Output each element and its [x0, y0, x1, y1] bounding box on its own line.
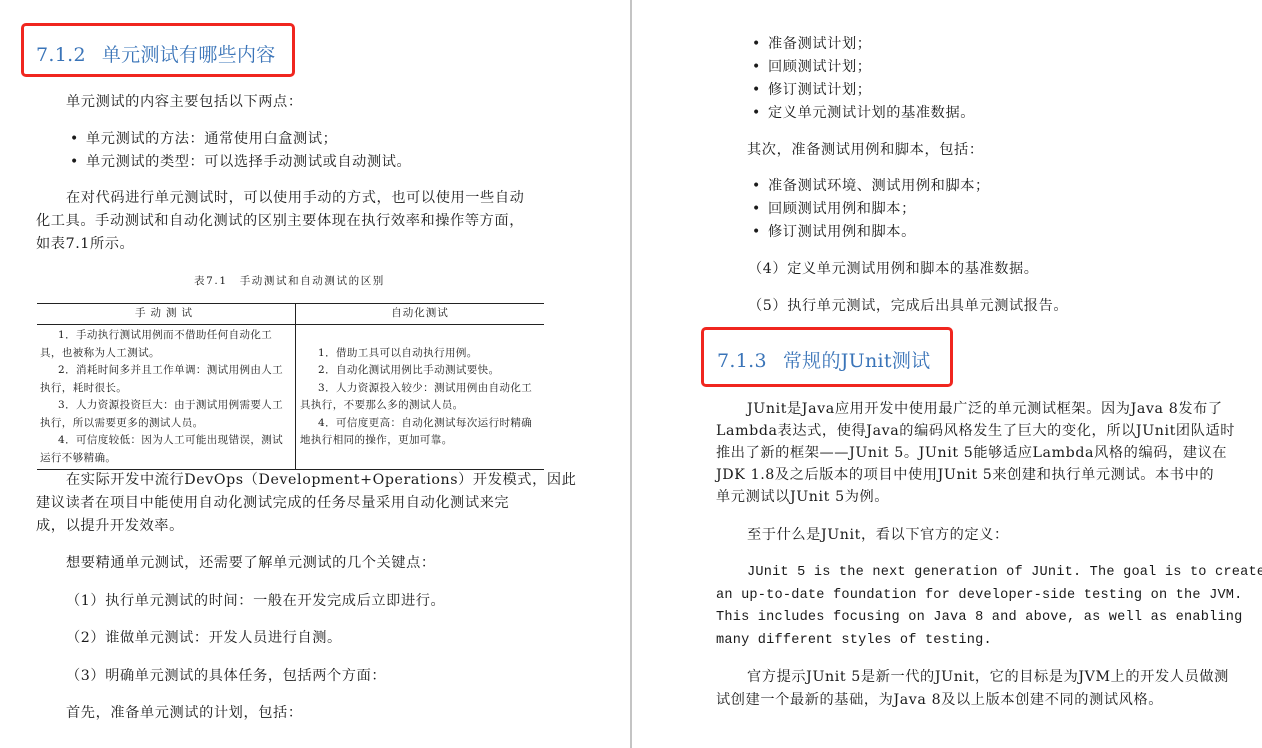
- key-point-1: （1）执行单元测试的时间：一般在开发完成后立即进行。: [66, 590, 445, 613]
- quote-line: JUnit 5 is the next generation of JUnit.…: [747, 561, 1262, 584]
- bullet-item: 定义单元测试计划的基准数据。: [750, 102, 975, 125]
- right-page: 准备测试计划； 回顾测试计划； 修订测试计划； 定义单元测试计划的基准数据。 其…: [632, 0, 1262, 748]
- cases-intro: 其次，准备测试用例和脚本，包括：: [747, 139, 984, 162]
- bullet-item: 修订测试计划；: [750, 79, 975, 102]
- paragraph-line: 推出了新的框架——JUnit 5。JUnit 5能够适应Lambda风格的编码，…: [716, 442, 1227, 465]
- plan-bullet-list: 准备测试计划； 回顾测试计划； 修订测试计划； 定义单元测试计划的基准数据。: [750, 33, 975, 125]
- bullet-item: 准备测试计划；: [750, 33, 975, 56]
- comparison-table: 手动测试 自动化测试 1．手动执行测试用例而不借助任何自动化工具，也被称为人工测…: [37, 303, 544, 470]
- definition-intro: 至于什么是JUnit，看以下官方的定义：: [747, 524, 1009, 547]
- paragraph-line: 试创建一个最新的基础，为Java 8及以上版本创建不同的测试风格。: [716, 689, 1163, 712]
- paragraph-line: 在对代码进行单元测试时，可以使用手动的方式，也可以使用一些自动: [66, 187, 524, 210]
- key-points-intro: 想要精通单元测试，还需要了解单元测试的几个关键点：: [66, 552, 436, 575]
- paragraph-line: JUnit是Java应用开发中使用最广泛的单元测试框架。因为Java 8发布了: [747, 398, 1223, 421]
- quote-line: many different styles of testing.: [716, 629, 992, 652]
- quote-line: This includes focusing on Java 8 and abo…: [716, 606, 1243, 629]
- paragraph-line: 如表7.1所示。: [36, 233, 134, 256]
- automated-item: 4．可信度更高：自动化测试每次运行时精确地执行相同的操作，更加可靠。: [300, 415, 542, 450]
- bullet-item: 单元测试的方法：通常使用白盒测试；: [68, 128, 411, 151]
- paragraph-line: 成，以提升开发效率。: [36, 515, 184, 538]
- automated-cell: 1．借助工具可以自动执行用例。 2．自动化测试用例比手动测试要快。 3．人力资源…: [296, 325, 545, 470]
- section-heading-7-1-2: 7.1.2单元测试有哪些内容: [36, 40, 276, 67]
- key-point-5: （5）执行单元测试，完成后出具单元测试报告。: [748, 295, 1068, 318]
- manual-item: 3．人力资源投资巨大：由于测试用例需要人工执行，所以需要更多的测试人员。: [40, 397, 293, 432]
- manual-cell: 1．手动执行测试用例而不借助任何自动化工具，也被称为人工测试。 2．消耗时间多并…: [37, 325, 296, 470]
- bullet-item: 回顾测试计划；: [750, 56, 975, 79]
- manual-item: 4．可信度较低：因为人工可能出现错误，测试运行不够精确。: [40, 432, 293, 467]
- table-header-automated: 自动化测试: [296, 304, 545, 325]
- bullet-item: 准备测试环境、测试用例和脚本；: [750, 175, 990, 198]
- paragraph-line: 建议读者在项目中能使用自动化测试完成的任务尽量采用自动化测试来完: [36, 492, 509, 515]
- section-number: 7.1.2: [36, 44, 86, 66]
- bullet-item: 单元测试的类型：可以选择手动测试或自动测试。: [68, 151, 411, 174]
- paragraph-line: 化工具。手动测试和自动化测试的区别主要体现在执行效率和操作等方面，: [36, 210, 524, 233]
- intro-text: 单元测试的内容主要包括以下两点：: [66, 91, 303, 114]
- automated-item: 1．借助工具可以自动执行用例。: [300, 345, 542, 363]
- paragraph-line: 在实际开发中流行DevOps（Development+Operations）开发…: [66, 469, 576, 492]
- bullet-item: 修订测试用例和脚本。: [750, 221, 990, 244]
- intro-bullet-list: 单元测试的方法：通常使用白盒测试； 单元测试的类型：可以选择手动测试或自动测试。: [68, 128, 411, 174]
- section-number: 7.1.3: [717, 350, 767, 372]
- paragraph-line: Lambda表达式，使得Java的编码风格发生了巨大的变化，所以JUnit团队适…: [716, 420, 1235, 443]
- key-point-2: （2）谁做单元测试：开发人员进行自测。: [66, 627, 342, 650]
- quote-line: an up-to-date foundation for developer-s…: [716, 584, 1243, 607]
- manual-item: 2．消耗时间多并且工作单调：测试用例由人工执行，耗时很长。: [40, 362, 293, 397]
- case-bullet-list: 准备测试环境、测试用例和脚本； 回顾测试用例和脚本； 修订测试用例和脚本。: [750, 175, 990, 244]
- manual-item: 1．手动执行测试用例而不借助任何自动化工具，也被称为人工测试。: [40, 327, 293, 362]
- paragraph-line: 官方提示JUnit 5是新一代的JUnit，它的目标是为JVM上的开发人员做测: [747, 666, 1229, 689]
- automated-item: 3．人力资源投入较少：测试用例由自动化工具执行，不要那么多的测试人员。: [300, 380, 542, 415]
- table-caption: 表7.1 手动测试和自动测试的区别: [194, 273, 385, 288]
- plan-intro: 首先，准备单元测试的计划，包括：: [66, 702, 303, 725]
- paragraph-line: JDK 1.8及之后版本的项目中使用JUnit 5来创建和执行单元测试。本书中的: [716, 464, 1214, 487]
- section-title: 单元测试有哪些内容: [102, 44, 276, 66]
- section-title: 常规的JUnit测试: [783, 350, 931, 372]
- section-heading-7-1-3: 7.1.3常规的JUnit测试: [717, 346, 930, 373]
- bullet-item: 回顾测试用例和脚本；: [750, 198, 990, 221]
- key-point-3: （3）明确单元测试的具体任务，包括两个方面：: [66, 665, 386, 688]
- left-page: 7.1.2单元测试有哪些内容 单元测试的内容主要包括以下两点： 单元测试的方法：…: [0, 0, 630, 748]
- table-row: 1．手动执行测试用例而不借助任何自动化工具，也被称为人工测试。 2．消耗时间多并…: [37, 325, 544, 470]
- paragraph-line: 单元测试以JUnit 5为例。: [716, 486, 889, 509]
- automated-item: 2．自动化测试用例比手动测试要快。: [300, 362, 542, 380]
- table-header-manual: 手动测试: [37, 304, 296, 325]
- key-point-4: （4）定义单元测试用例和脚本的基准数据。: [748, 258, 1039, 281]
